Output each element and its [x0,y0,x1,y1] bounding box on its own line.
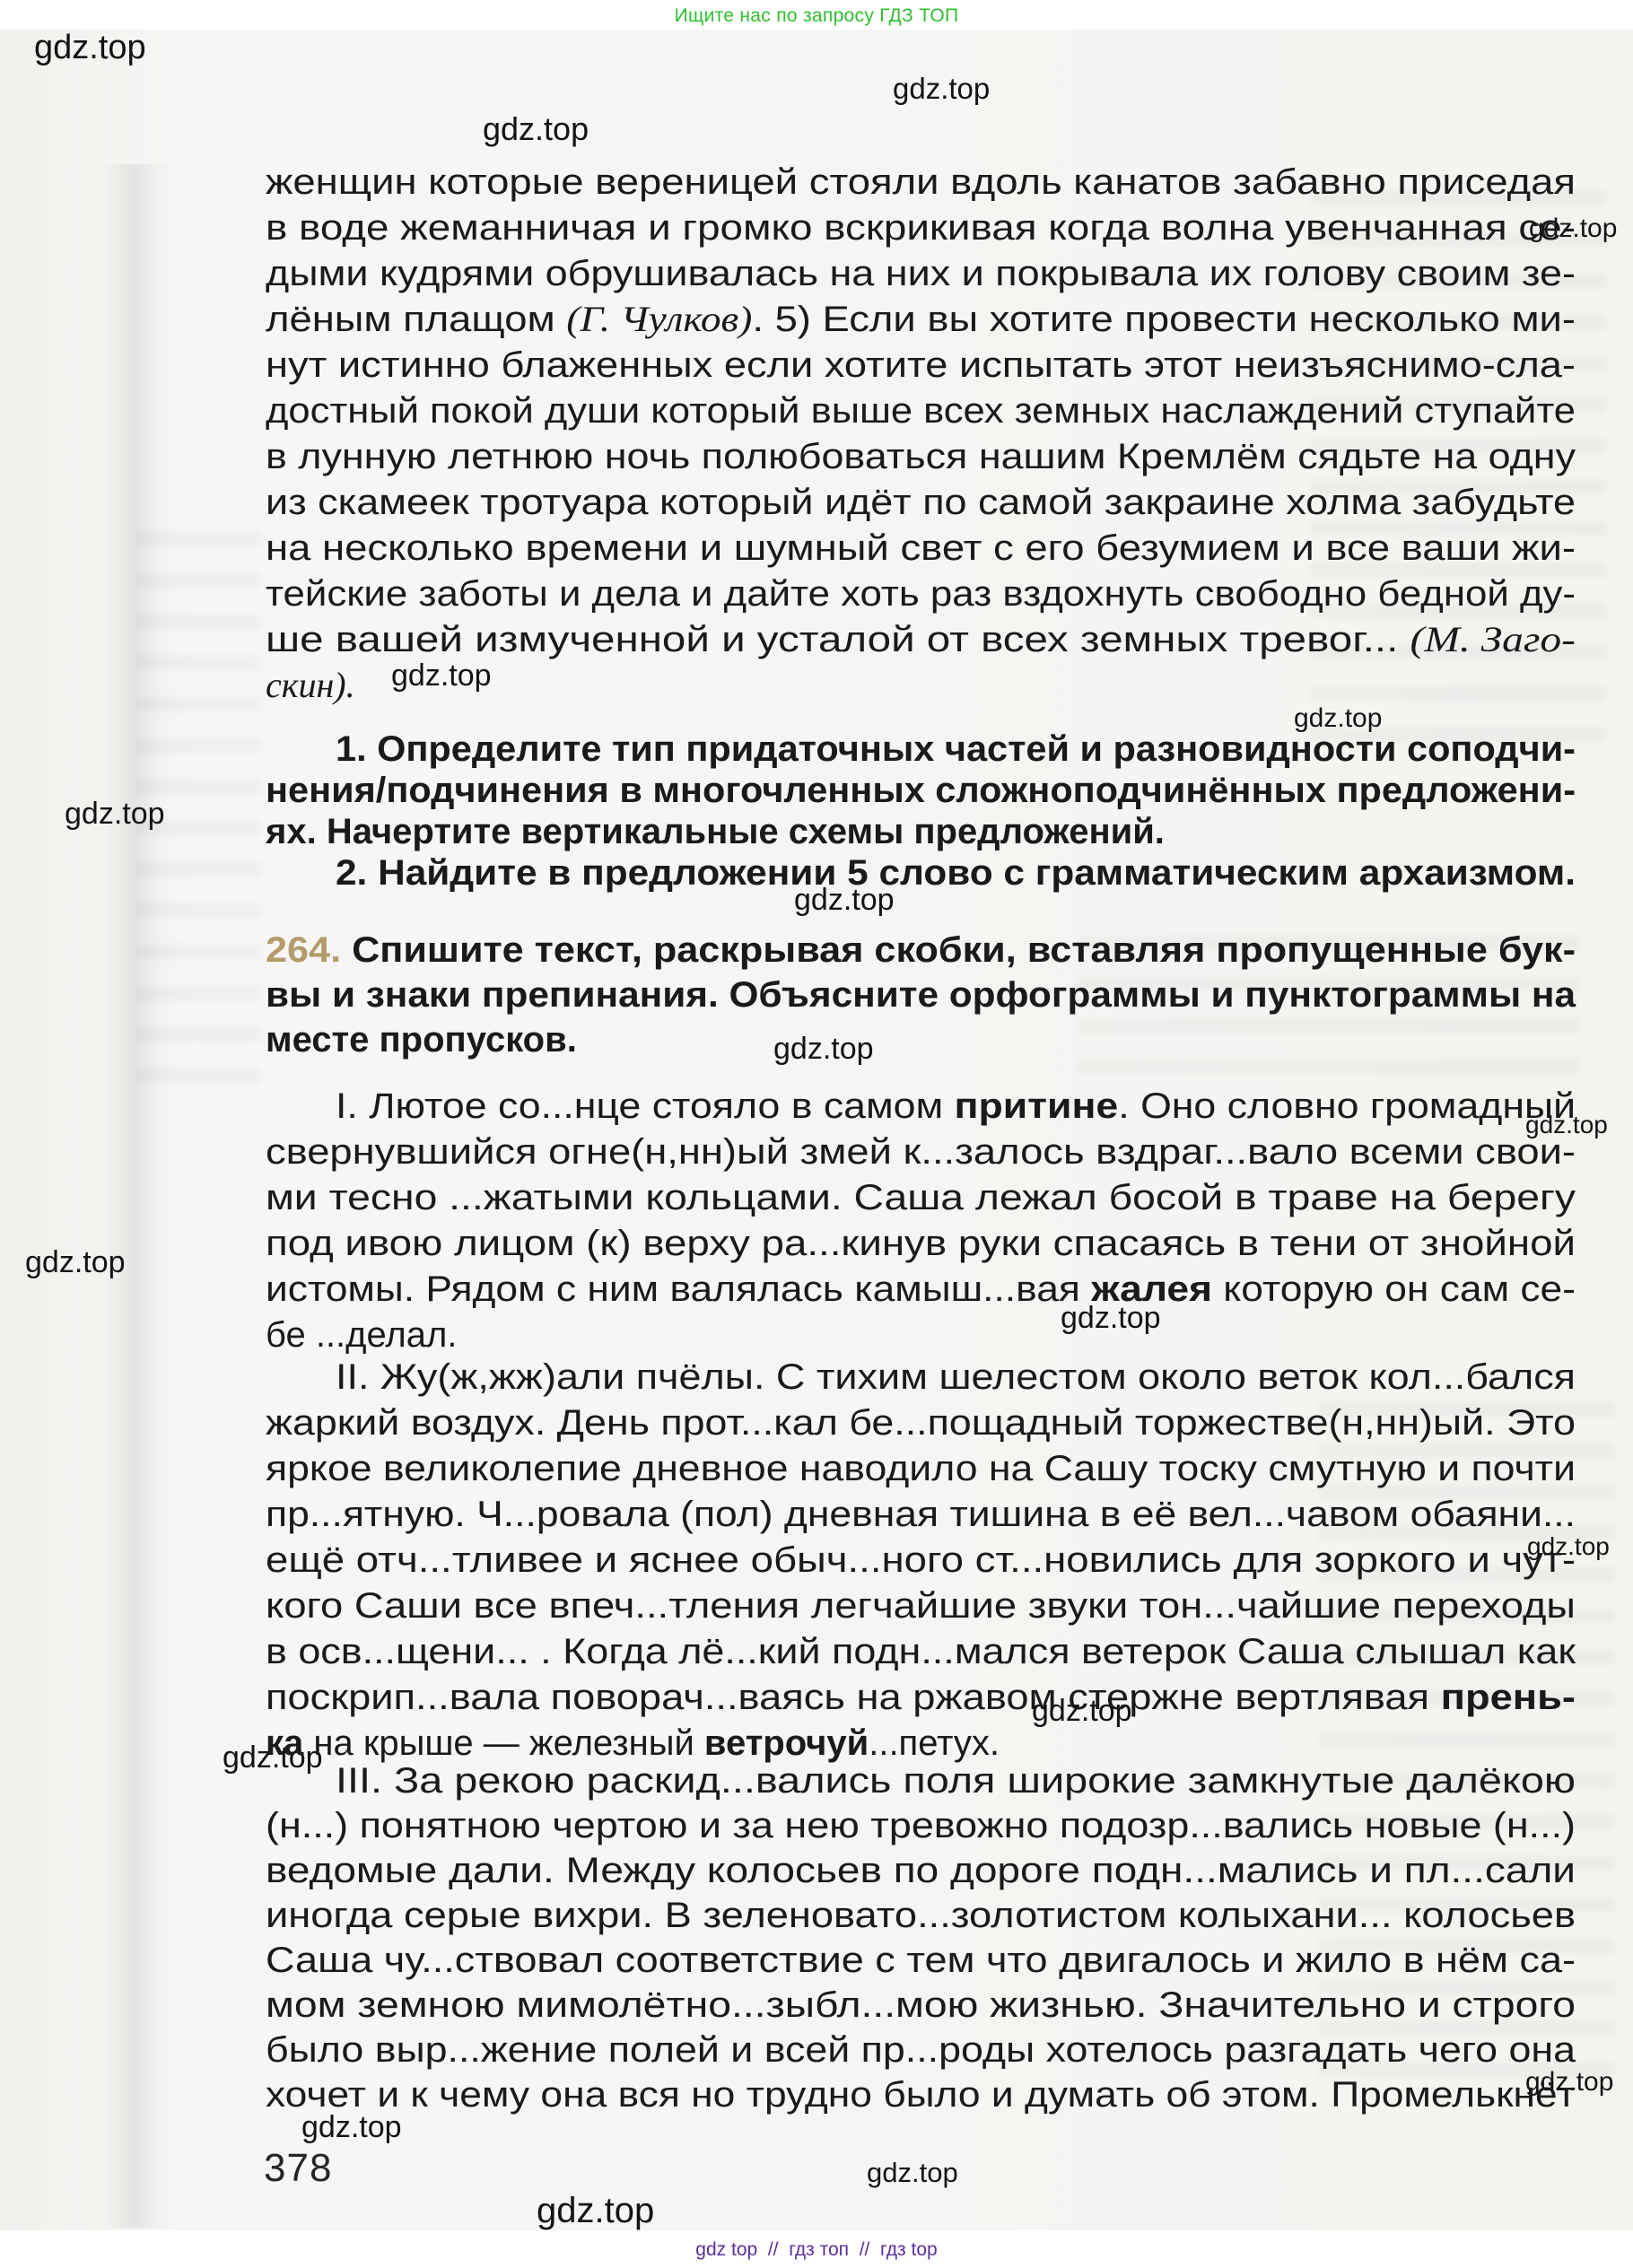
page-number: 378 [264,2146,332,2191]
text-segment: (н...) понятною чертою и за нею тревожно… [266,1806,1576,1845]
paragraph-2-line-4: пр...ятную. Ч...ровала (пол) дневная тиш… [266,1494,1576,1539]
text-segment: Спишите текст, раскрывая скобки, вставля… [352,930,1576,970]
text-segment: в воде жеманничая и громко вскрикивая ко… [266,208,1576,248]
screenshot-canvas: Ищите нас по запросу ГДЗ ТОП gdz.topgdz.… [0,0,1633,2268]
gdz-watermark: gdz.top [537,2193,654,2229]
paragraph-2-line-8: поскрип...вала поворач...ваясь на ржавом… [266,1677,1576,1722]
gdz-watermark: gdz.top [65,798,165,829]
text-segment: дыми кудрями обрушивалась на них и покры… [266,254,1576,293]
gdz-watermark: gdz.top [893,74,990,103]
text-segment: свернувшийся огне(н,нн)ый змей к...залос… [266,1132,1576,1172]
text-segment: из скамеек тротуара который идёт по само… [266,483,1576,522]
text-segment: в осв...щени... . Когда лё...кий подн...… [266,1632,1576,1671]
text-segment: (Г. Чулков) [566,299,752,339]
paragraph-3-line-2: (н...) понятною чертою и за нею тревожно… [266,1805,1576,1850]
exercise-text-continuation-line-12: скин). [266,665,1576,710]
paragraph-2-line-3: яркое великолепие дневное наводило на Са… [266,1448,1576,1493]
paragraph-3-line-4: иногда серые вихри. В зеленовато...золот… [266,1895,1576,1940]
exercise-text-continuation-line-7: в лунную летнюю ночь полюбоваться нашим … [266,436,1576,481]
text-segment: . 5) Если вы хотите провести несколько м… [752,300,1576,339]
exercise-number: 264. [266,930,352,970]
promo-footer-text: gdz top // гдз топ // гдз top [0,2239,1633,2261]
exercise-text-continuation-line-1: женщин которые вереницей стояли вдоль ка… [266,161,1576,206]
text-segment: . Оно словно громадный [1118,1086,1576,1126]
paragraph-1-line-2: свернувшийся огне(н,нн)ый змей к...залос… [266,1131,1576,1176]
text-segment: 1. Определите тип придаточных частей и р… [336,729,1576,769]
exercise-text-continuation-line-8: из скамеек тротуара который идёт по само… [266,482,1576,527]
text-segment: яркое великолепие дневное наводило на Са… [266,1449,1576,1488]
text-segment: 2. Найдите в предложении 5 слово с грамм… [336,853,1576,893]
text-segment: которую он сам се- [1212,1269,1576,1309]
text-segment: ях. Начертите вертикальные схемы предлож… [266,812,1165,851]
paragraph-1-line-6: бе ...делал. [266,1314,1576,1359]
text-segment: лёным плащом [266,300,566,339]
text-segment: месте пропусков. [266,1020,577,1060]
text-segment: под ивою лицом (к) верху ра...кинув руки… [266,1224,1576,1263]
text-segment: на несколько времени и шумный свет с его… [266,528,1576,568]
paragraph-3-line-3: ведомые дали. Между колосьев по дороге п… [266,1850,1576,1895]
text-segment: было выр...жение полей и всей пр...роды … [266,2030,1576,2070]
paragraph-2-line-7: в осв...щени... . Когда лё...кий подн...… [266,1631,1576,1676]
paragraph-1-line-4: под ивою лицом (к) верху ра...кинув руки… [266,1223,1576,1268]
text-segment: скин). [266,665,355,705]
text-segment: нения/подчинения в многочленных сложнопо… [266,771,1576,810]
text-segment: в лунную летнюю ночь полюбоваться нашим … [266,437,1576,476]
text-segment: истомы. Рядом с ним валялась камыш...вая [266,1269,1091,1309]
paragraph-3-line-5: Саша чу...ствовал соответствие с тем что… [266,1940,1576,1984]
gdz-watermark: gdz.top [34,31,146,65]
exercise-text-continuation-line-3: дыми кудрями обрушивалась на них и покры… [266,253,1576,298]
exercise-264-instruction-line-2: вы и знаки препинания. Объясните орфогра… [266,974,1576,1019]
exercise-text-continuation-line-6: достный покой души который выше всех зем… [266,390,1576,435]
text-segment: ка [266,1723,303,1763]
paragraph-3-line-1: III. За рекою раскид...вались поля широк… [266,1760,1576,1805]
text-segment: ...петух. [869,1723,1000,1763]
exercise-264-instruction-line-3: месте пропусков. [266,1019,1576,1064]
exercise-text-continuation-line-9: на несколько времени и шумный свет с его… [266,528,1576,572]
text-segment: вы и знаки препинания. Объясните орфогра… [266,975,1576,1015]
promo-header-text: Ищите нас по запросу ГДЗ ТОП [0,5,1633,27]
paragraph-2-line-6: кого Саши все впеч...тления легчайшие зв… [266,1585,1576,1630]
text-segment: ми тесно ...жатыми кольцами. Саша лежал … [266,1178,1576,1217]
text-segment: нут истинно блаженных если хотите испыта… [266,345,1576,385]
gdz-watermark: gdz.top [25,1247,126,1278]
text-segment: ведомые дали. Между колосьев по дороге п… [266,1851,1576,1890]
paragraph-2-line-5: ещё отч...тливее и яснее обыч...ного ст.… [266,1540,1576,1584]
task-list-line-2: нения/подчинения в многочленных сложнопо… [266,770,1576,815]
gdz-watermark: gdz.top [867,2159,958,2186]
text-segment: II. Жу(ж,жж)али пчёлы. С тихим шелестом … [336,1357,1576,1397]
paragraph-2-line-2: жаркий воздух. День прот...кал бе...поща… [266,1402,1576,1447]
text-segment: тейские заботы и дела и дайте хоть раз в… [266,574,1576,614]
paragraph-1-line-5: истомы. Рядом с ним валялась камыш...вая… [266,1269,1576,1313]
text-segment: на крыше — железный [303,1723,704,1763]
task-list-line-1: 1. Определите тип придаточных частей и р… [266,728,1576,773]
text-segment: I. Лютое со...нце стояло в самом [336,1086,955,1126]
paragraph-1-line-1: I. Лютое со...нце стояло в самом притине… [266,1086,1576,1130]
task-list-line-3: ях. Начертите вертикальные схемы предлож… [266,811,1576,856]
paragraph-1-line-3: ми тесно ...жатыми кольцами. Саша лежал … [266,1177,1576,1222]
task-list-line-4: 2. Найдите в предложении 5 слово с грамм… [266,852,1576,897]
text-segment: пр...ятную. Ч...ровала (пол) дневная тиш… [266,1495,1576,1534]
text-segment: мом земною мимолётно...зыбл...мою жизнью… [266,1985,1576,2025]
exercise-text-continuation-line-2: в воде жеманничая и громко вскрикивая ко… [266,207,1576,252]
text-segment: жаркий воздух. День прот...кал бе...поща… [266,1403,1576,1443]
exercise-text-continuation-line-5: нут истинно блаженных если хотите испыта… [266,345,1576,389]
text-segment: ше вашей измученной и усталой от всех зе… [266,620,1410,659]
text-segment: поскрип...вала поворач...ваясь на ржавом… [266,1678,1441,1717]
page-gutter-shadow [104,164,174,2228]
gdz-watermark: gdz.top [483,113,589,145]
exercise-text-continuation-line-10: тейские заботы и дела и дайте хоть раз в… [266,573,1576,618]
exercise-text-continuation-line-4: лёным плащом (Г. Чулков). 5) Если вы хот… [266,299,1576,344]
paragraph-3-line-8: хочет и к чему она вся но трудно было и … [266,2074,1576,2119]
text-segment: кого Саши все впеч...тления легчайшие зв… [266,1586,1576,1626]
text-segment: хочет и к чему она вся но трудно было и … [266,2075,1576,2115]
text-segment: III. За рекою раскид...вались поля широк… [336,1761,1576,1801]
text-segment: иногда серые вихри. В зеленовато...золот… [266,1896,1576,1935]
paragraph-2-line-1: II. Жу(ж,жж)али пчёлы. С тихим шелестом … [266,1356,1576,1401]
text-segment: ветрочуй [704,1723,869,1763]
text-segment: (М. Заго- [1410,619,1576,659]
paragraph-3-line-6: мом земною мимолётно...зыбл...мою жизнью… [266,1984,1576,2029]
text-segment: женщин которые вереницей стояли вдоль ка… [266,162,1576,202]
text-segment: бе ...делал. [266,1315,457,1355]
text-segment: притине [955,1086,1119,1126]
exercise-text-continuation-line-11: ше вашей измученной и усталой от всех зе… [266,619,1576,664]
text-segment: жалея [1091,1269,1212,1309]
paragraph-3-line-7: было выр...жение полей и всей пр...роды … [266,2029,1576,2074]
text-segment: ещё отч...тливее и яснее обыч...ного ст.… [266,1540,1576,1580]
text-segment: Саша чу...ствовал соответствие с тем что… [266,1941,1576,1980]
text-segment: прень- [1441,1678,1576,1717]
exercise-264-instruction-line-1: 264. Спишите текст, раскрывая скобки, вс… [266,929,1576,974]
text-segment: достный покой души который выше всех зем… [266,391,1576,431]
